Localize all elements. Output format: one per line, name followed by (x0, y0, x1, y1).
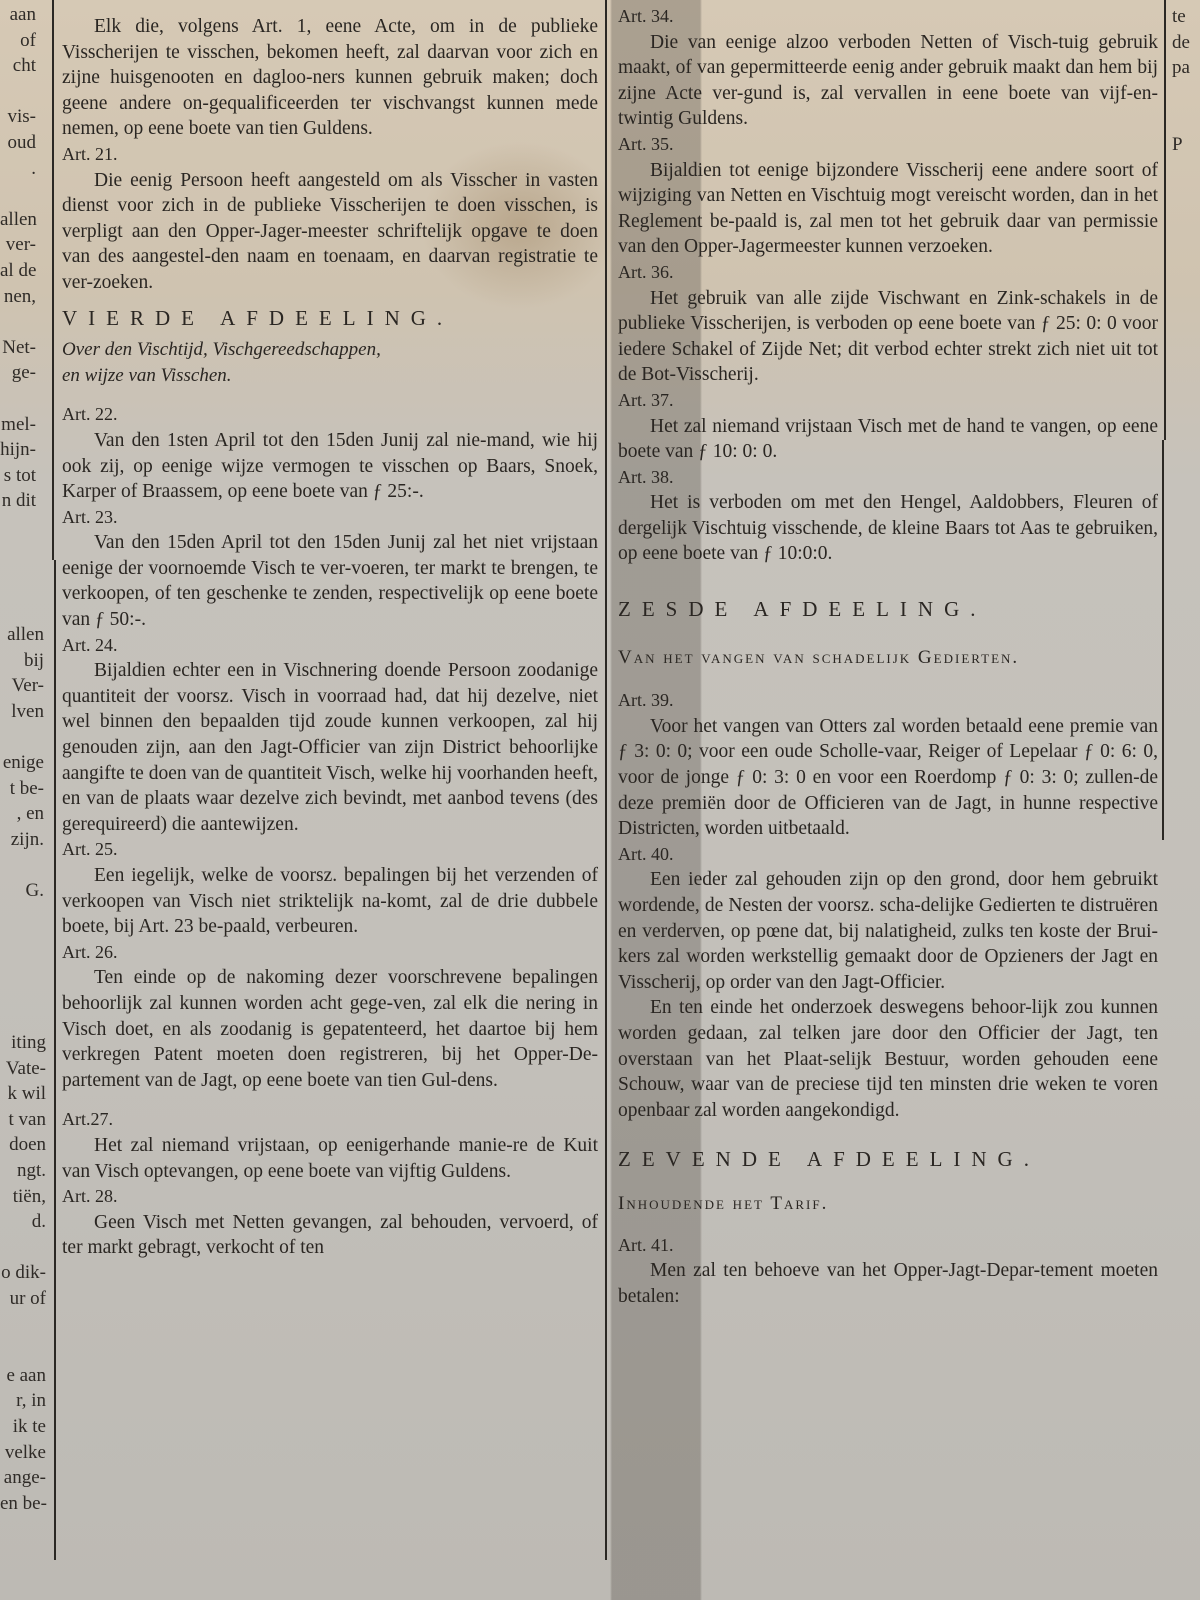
article-37-text: Het zal niemand vrijstaan Visch met de h… (618, 414, 1158, 465)
fragment: e aan (0, 1363, 46, 1389)
article-26-text: Ten einde op de nakoming dezer voorschre… (62, 965, 598, 1093)
article-35-text: Bijaldien tot eenige bijzondere Visscher… (618, 158, 1158, 260)
section-4-title: VIERDE AFDEELING. (62, 306, 598, 332)
section-6-subtitle: Van het vangen van schadelijk Gedierten. (618, 645, 1158, 671)
fragment: ge- (0, 360, 36, 386)
article-28-heading: Art. 28. (62, 1184, 598, 1210)
fragment: o dik- (0, 1260, 46, 1286)
article-39-heading: Art. 39. (618, 688, 1158, 714)
article-38-heading: Art. 38. (618, 465, 1158, 491)
article-25-text: Een iegelijk, welke de voorsz. bepalinge… (62, 863, 598, 940)
fragment: nen, (0, 284, 36, 310)
article-36-heading: Art. 36. (618, 260, 1158, 286)
article-38-text: Het is verboden om met den Hengel, Aaldo… (618, 490, 1158, 567)
fragment: ik te (0, 1414, 46, 1440)
fragment: of (0, 28, 36, 54)
article-40-heading: Art. 40. (618, 842, 1158, 868)
article-22-text: Van den 1sten April tot den 15den Junij … (62, 428, 598, 505)
fragment: lven (0, 699, 44, 725)
article-24-heading: Art. 24. (62, 633, 598, 659)
left-margin-fragments-1: aan of cht vis- oud . allen ver- al de n… (0, 2, 36, 514)
section-4-subtitle-line-2: en wijze van Visschen. (62, 363, 598, 389)
fragment: allen (0, 622, 44, 648)
right-margin-fragments: te de pa P (1172, 4, 1200, 158)
fragment: Net- (0, 335, 36, 361)
fragment: k wil (0, 1081, 46, 1107)
center-column-rule (605, 0, 607, 1560)
article-21-text: Die eenig Persoon heeft aangesteld om al… (62, 168, 598, 296)
fragment: al de (0, 258, 36, 284)
fragment: enige (0, 750, 44, 776)
section-6-title: ZESDE AFDEELING. (618, 597, 1158, 623)
fragment: doen (0, 1132, 46, 1158)
fragment: , en (0, 801, 44, 827)
fragment: mel- (0, 412, 36, 438)
left-margin-fragments-3: iting Vate- k wil t van doen ngt. tiën, … (0, 1030, 46, 1516)
left-margin-fragments-2: allen bij Ver- lven enige t be- , en zij… (0, 622, 44, 904)
fragment: de (1172, 30, 1200, 56)
right-column: Art. 34. Die van eenige alzoo verboden N… (618, 4, 1158, 1309)
article-27-heading: Art.27. (62, 1107, 598, 1133)
fragment: oud (0, 130, 36, 156)
fragment: d. (0, 1209, 46, 1235)
section-4-subtitle-line-1: Over den Vischtijd, Vischgereedschappen, (62, 337, 598, 363)
fragment: cht (0, 53, 36, 79)
article-41-heading: Art. 41. (618, 1233, 1158, 1259)
fragment: r, in (0, 1388, 46, 1414)
fragment: n dit (0, 488, 36, 514)
fragment: aan (0, 2, 36, 28)
article-23-heading: Art. 23. (62, 505, 598, 531)
fragment: zijn. (0, 827, 44, 853)
left-column-rule-bottom (54, 560, 56, 1560)
fragment: Ver- (0, 673, 44, 699)
fragment: bij (0, 648, 44, 674)
article-39-text: Voor het vangen van Otters zal worden be… (618, 714, 1158, 842)
fragment: Vate- (0, 1056, 46, 1082)
article-22-heading: Art. 22. (62, 402, 598, 428)
article-21-heading: Art. 21. (62, 142, 598, 168)
article-26-heading: Art. 26. (62, 940, 598, 966)
fragment: t be- (0, 776, 44, 802)
article-40-text-1: Een ieder zal gehouden zijn op den grond… (618, 867, 1158, 995)
left-column: Elk die, volgens Art. 1, eene Acte, om i… (62, 14, 598, 1261)
fragment: ange- (0, 1465, 46, 1491)
fragment: ur of (0, 1286, 46, 1312)
article-23-text: Van den 15den April tot den 15den Junij … (62, 530, 598, 632)
fragment: allen (0, 207, 36, 233)
fragment: tiën, (0, 1184, 46, 1210)
article-40-text-2: En ten einde het onderzoek deswegens beh… (618, 995, 1158, 1123)
article-25-heading: Art. 25. (62, 837, 598, 863)
fragment: vis- (0, 104, 36, 130)
fragment: ngt. (0, 1158, 46, 1184)
fragment: G. (0, 878, 44, 904)
article-24-text: Bijaldien echter een in Vischnering doen… (62, 658, 598, 837)
article-34-text: Die van eenige alzoo verboden Netten of … (618, 30, 1158, 132)
fragment: P (1172, 132, 1200, 158)
fragment: hijn- (0, 437, 36, 463)
article-36-text: Het gebruik van alle zijde Vischwant en … (618, 286, 1158, 388)
article-37-heading: Art. 37. (618, 388, 1158, 414)
article-34-heading: Art. 34. (618, 4, 1158, 30)
fragment: s tot (0, 463, 36, 489)
right-column-rule (1164, 0, 1166, 440)
article-41-text: Men zal ten behoeve van het Opper-Jagt-D… (618, 1258, 1158, 1309)
article-35-heading: Art. 35. (618, 132, 1158, 158)
left-column-rule-top (52, 0, 54, 560)
fragment: ver- (0, 232, 36, 258)
article-28-text: Geen Visch met Netten gevangen, zal beho… (62, 1210, 598, 1261)
fragment: . (0, 156, 36, 182)
fragment: en be- (0, 1491, 46, 1517)
fragment: te (1172, 4, 1200, 30)
fragment: pa (1172, 55, 1200, 81)
section-7-title: ZEVENDE AFDEELING. (618, 1147, 1158, 1173)
article-20-text: Elk die, volgens Art. 1, eene Acte, om i… (62, 14, 598, 142)
section-7-subtitle: Inhoudende het Tarif. (618, 1191, 1158, 1217)
fragment: velke (0, 1440, 46, 1466)
fragment: t van (0, 1107, 46, 1133)
article-27-text: Het zal niemand vrijstaan, op eenigerhan… (62, 1133, 598, 1184)
fragment: iting (0, 1030, 46, 1056)
right-column-rule-lower (1162, 440, 1164, 840)
